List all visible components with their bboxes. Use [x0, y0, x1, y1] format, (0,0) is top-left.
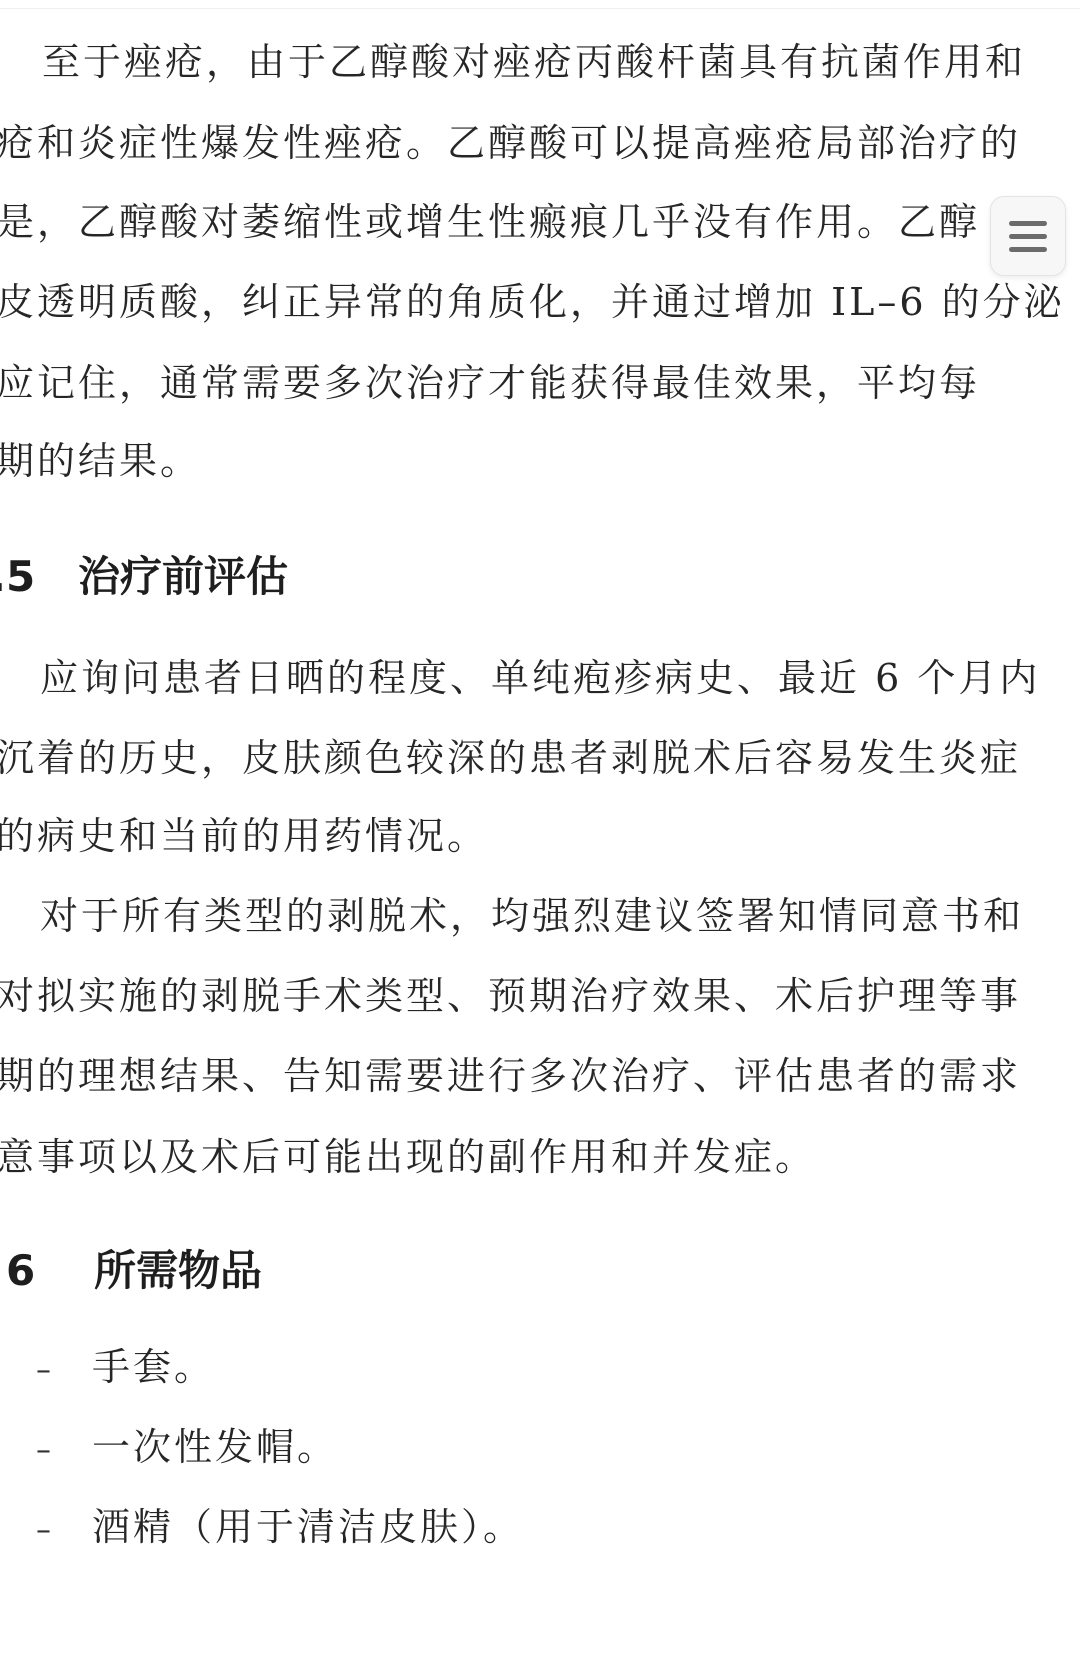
section-title: 所需物品 [94, 1246, 262, 1295]
document-page: 至于痤疮，由于乙醇酸对痤疮丙酸杆菌具有抗菌作用和 疮和炎症性爆发性痤疮。乙醇酸可… [0, 0, 1080, 1664]
list-item-text: 一次性发帽。 [92, 1425, 338, 1469]
section-heading-5: .5治疗前评估 [0, 552, 288, 602]
hamburger-menu-icon [1009, 247, 1047, 252]
list-marker: – [36, 1349, 92, 1393]
section-number: .5 [0, 552, 78, 602]
paragraph-line: 的病史和当前的用药情况。 [0, 814, 488, 858]
paragraph-line: 皮透明质酸，纠正异常的角质化，并通过增加 IL–6 的分泌 [0, 280, 1065, 324]
paragraph-line: 应询问患者日晒的程度、单纯疱疹病史、最近 6 个月内 [40, 656, 1040, 700]
list-item: –酒精（用于清洁皮肤）。 [36, 1505, 524, 1553]
hamburger-menu-icon [1009, 234, 1047, 239]
paragraph-line: 期的结果。 [0, 439, 201, 483]
paragraph-line: 至于痤疮，由于乙醇酸对痤疮丙酸杆菌具有抗菌作用和 [42, 40, 1026, 84]
paragraph-line: 期的理想结果、告知需要进行多次治疗、评估患者的需求 [0, 1054, 1021, 1098]
paragraph-line: 应记住，通常需要多次治疗才能获得最佳效果，平均每 [0, 361, 980, 405]
list-item-text: 手套。 [92, 1345, 215, 1389]
list-item: –一次性发帽。 [36, 1425, 338, 1473]
list-marker: – [36, 1429, 92, 1473]
section-title: 治疗前评估 [78, 552, 288, 601]
paragraph-line: 对于所有类型的剥脱术，均强烈建议签署知情同意书和 [40, 894, 1024, 938]
paragraph-line: 意事项以及术后可能出现的副作用和并发症。 [0, 1135, 816, 1179]
paragraph-line: 是，乙醇酸对萎缩性或增生性瘢痕几乎没有作用。乙醇 [0, 200, 980, 244]
list-item: –手套。 [36, 1345, 215, 1393]
paragraph-line: 疮和炎症性爆发性痤疮。乙醇酸可以提高痤疮局部治疗的 [0, 121, 1021, 165]
list-item-text: 酒精（用于清洁皮肤）。 [92, 1505, 524, 1549]
paragraph-line: 沉着的历史，皮肤颜色较深的患者剥脱术后容易发生炎症 [0, 736, 1021, 780]
list-marker: – [36, 1509, 92, 1553]
menu-button[interactable] [990, 196, 1066, 276]
section-number: 6 [6, 1246, 94, 1296]
paragraph-line: 对拟实施的剥脱手术类型、预期治疗效果、术后护理等事 [0, 974, 1021, 1018]
section-heading-6: 6所需物品 [6, 1246, 262, 1296]
hamburger-menu-icon [1009, 221, 1047, 226]
